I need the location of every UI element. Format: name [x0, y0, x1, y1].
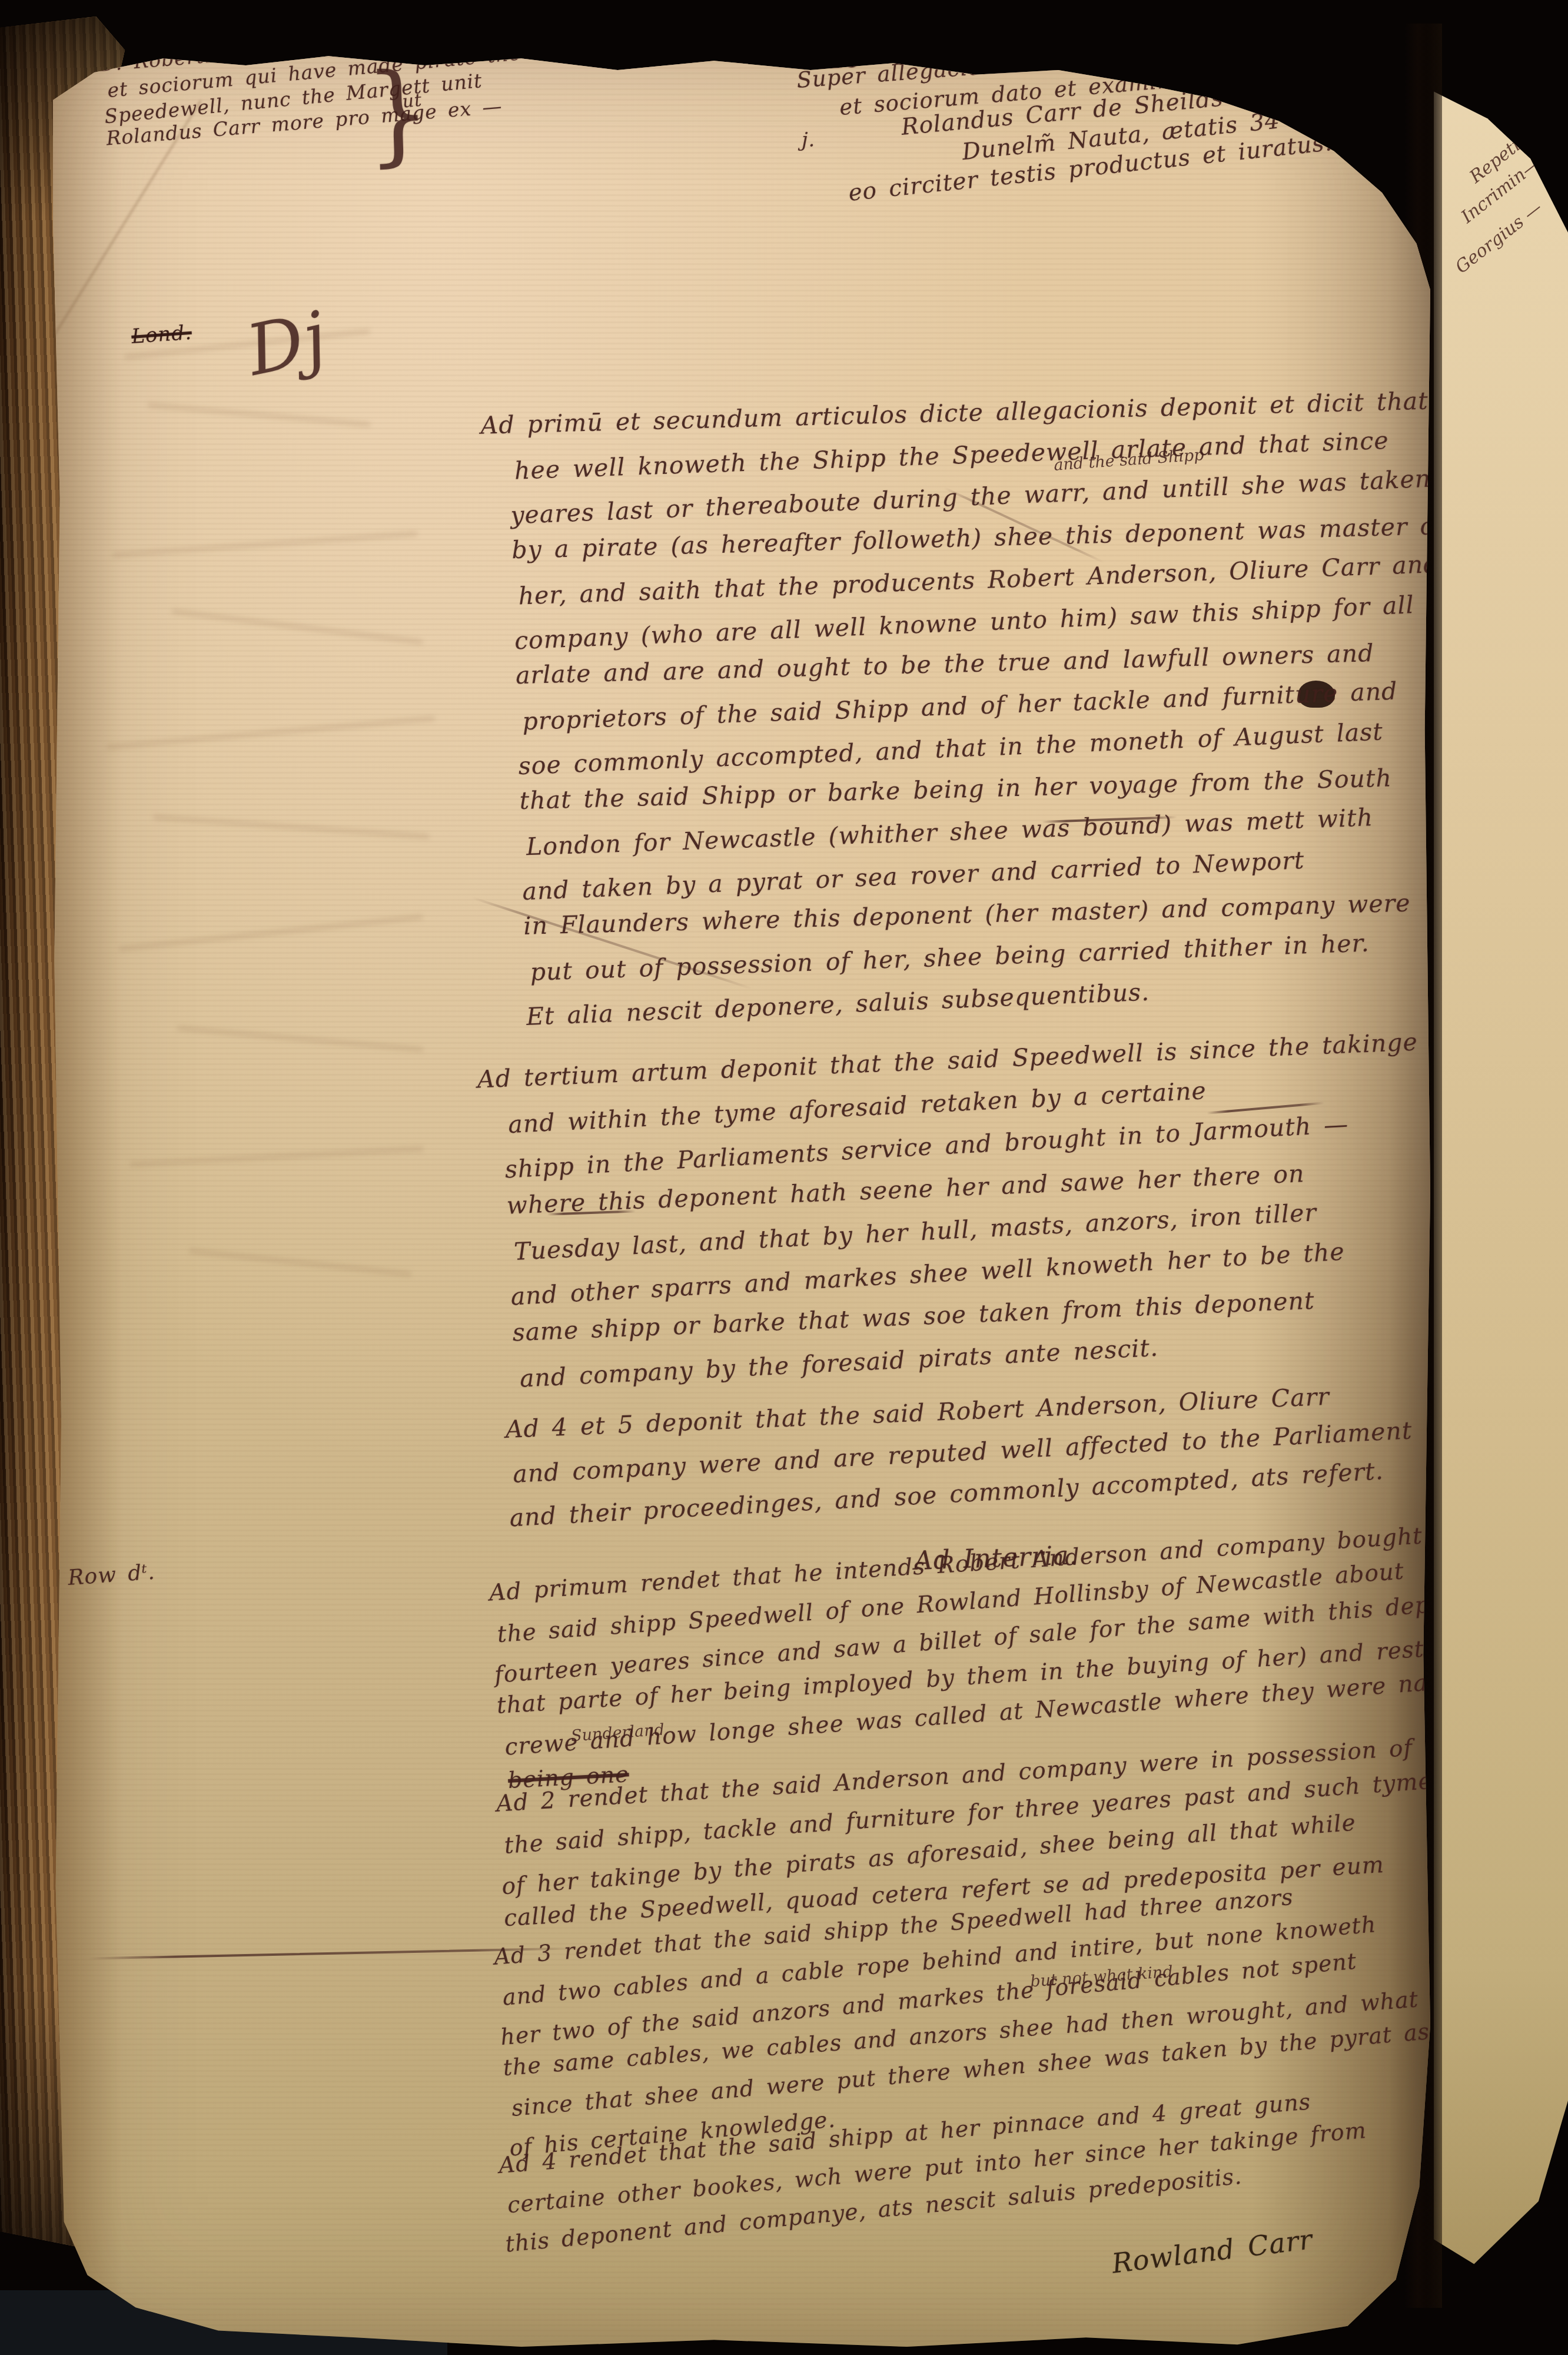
manuscript-page: D: Roberti Anderson et Oliure Carret soc…: [53, 35, 1430, 2349]
manuscript-photo: Repetied C— Incrimin— Georgius — D: Robe…: [0, 0, 1568, 2355]
margin-note: Row dᵗ.: [67, 1560, 156, 1590]
ink-showthrough: [153, 815, 429, 840]
ink-showthrough: [129, 1146, 424, 1167]
deposition-paragraph-3: Ad 4 et 5 deponit that the said Robert A…: [505, 1377, 1410, 1541]
struck-out-word: Lond.: [131, 321, 192, 349]
ink-showthrough: [171, 609, 423, 645]
ink-showthrough: [147, 402, 370, 427]
deposition-paragraph-1: Ad primū et secundum articulos dicte all…: [507, 381, 1556, 1040]
notary-paraph: Dj: [240, 296, 334, 392]
deponent-signature: Rowland Carr: [1110, 2223, 1314, 2279]
marginal-case-note: D: Roberti Anderson et Oliure Carret soc…: [99, 18, 521, 153]
item-mark: j.: [802, 128, 815, 152]
ink-showthrough: [177, 1026, 423, 1053]
ink-showthrough: [112, 531, 417, 558]
ink-showthrough: [107, 716, 436, 750]
ut-abbreviation-mark: ut: [401, 90, 423, 112]
curly-brace-mark: }: [364, 48, 433, 178]
deposition-paragraph-2: Ad tertium artum deponit that the said S…: [500, 1025, 1433, 1405]
next-folio-page: Repetied C— Incrimin— Georgius —: [1434, 65, 1568, 2302]
ink-showthrough: [189, 1248, 412, 1277]
ink-showthrough: [118, 914, 423, 951]
